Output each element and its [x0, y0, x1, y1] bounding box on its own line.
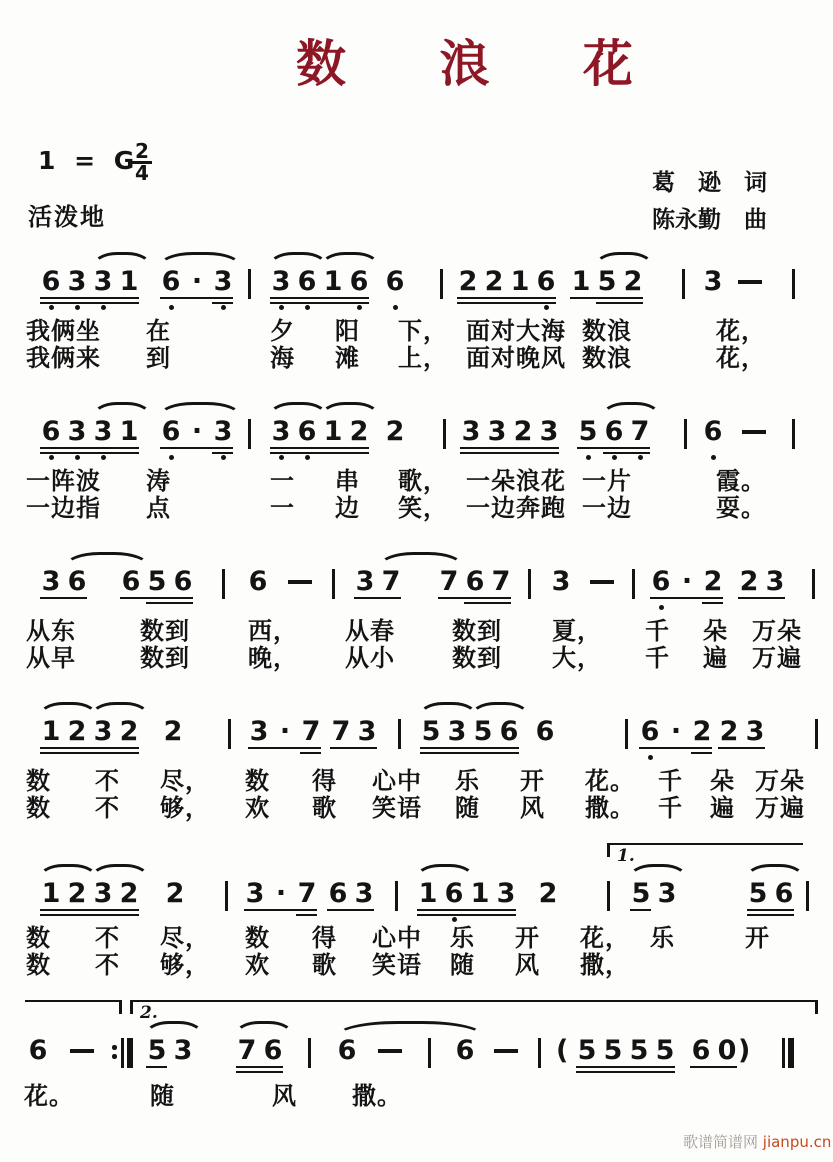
- beam-line: [40, 752, 139, 755]
- dash-note: [742, 430, 766, 434]
- lyric-text: 心中: [372, 768, 422, 794]
- beam-line: [270, 452, 369, 455]
- lyric-text: 够，: [160, 952, 210, 978]
- note-number: 7: [488, 568, 514, 595]
- lyric-text: 从春: [345, 618, 395, 644]
- lyric-text: 随: [455, 795, 480, 821]
- beam-line: [577, 447, 650, 450]
- barline: [395, 881, 398, 911]
- parenthesis: ): [738, 1036, 750, 1066]
- note-number: 7: [328, 718, 354, 745]
- slur-arc: [90, 864, 150, 879]
- lyric-text: 串: [335, 468, 360, 494]
- slur-arc: [144, 1021, 204, 1036]
- barline: [228, 719, 231, 749]
- note-number: ·: [674, 568, 700, 595]
- lyric-text: 笑，: [398, 495, 448, 521]
- lyric-text: 我俩坐: [26, 318, 101, 344]
- lyric-text: 歌: [312, 952, 337, 978]
- lyric-text: 涛: [146, 468, 171, 494]
- note-number: 7: [234, 1037, 260, 1064]
- note-number: 3: [700, 268, 726, 295]
- lyric-text: 一边奔跑: [466, 495, 566, 521]
- note-number: 2: [510, 418, 536, 445]
- beam-line: [40, 302, 139, 305]
- note-number: 6: [294, 268, 320, 295]
- octave-dot: [75, 455, 80, 460]
- note-number: 2: [382, 418, 408, 445]
- watermark: 歌谱简谱网 jianpu.cn: [683, 1131, 831, 1152]
- beam-line: [417, 909, 516, 912]
- lyric-text: 千: [658, 768, 683, 794]
- lyric-text: 不: [95, 795, 120, 821]
- slur-arc: [378, 552, 464, 567]
- note-number: 2: [64, 880, 90, 907]
- note-number: ·: [184, 268, 210, 295]
- lyric-text: 乐: [455, 768, 480, 794]
- note-number: 6: [637, 718, 663, 745]
- octave-dot: [357, 305, 362, 310]
- beam-line: [747, 914, 794, 917]
- lyric-text: 从东: [26, 618, 76, 644]
- note-number: 6: [260, 1037, 286, 1064]
- beam-line: [596, 302, 643, 305]
- lyric-text: 一边: [582, 495, 632, 521]
- lyric-text: 夕: [270, 318, 295, 344]
- note-number: 1: [38, 880, 64, 907]
- note-number: 3: [64, 268, 90, 295]
- dash-note: [738, 280, 762, 284]
- lyric-text: 风: [515, 952, 540, 978]
- octave-dot: [49, 305, 54, 310]
- lyric-text: 千: [645, 645, 670, 671]
- lyric-text: 数到: [452, 618, 502, 644]
- note-number: 6: [382, 268, 408, 295]
- note-number: 2: [116, 718, 142, 745]
- note-number: 6: [532, 718, 558, 745]
- beam-line: [460, 447, 559, 450]
- lyric-text: 不: [95, 925, 120, 951]
- note-number: 3: [246, 718, 272, 745]
- lyric-text: 遍: [703, 645, 728, 671]
- octave-dot: [393, 305, 398, 310]
- slur-arc: [745, 864, 805, 879]
- beam-line: [747, 909, 794, 912]
- octave-dot: [101, 305, 106, 310]
- beam-line: [460, 452, 559, 455]
- note-number: 3: [762, 568, 788, 595]
- lyric-text: 风: [520, 795, 545, 821]
- note-number: 3: [352, 568, 378, 595]
- barline: [440, 269, 443, 299]
- beam-line: [603, 452, 650, 455]
- lyric-text: 从小: [345, 645, 395, 671]
- note-number: 6: [462, 568, 488, 595]
- octave-dot: [221, 305, 226, 310]
- barline: [528, 569, 531, 599]
- lyric-text: 心中: [372, 925, 422, 951]
- volta-label: 2.: [140, 1005, 158, 1022]
- beam-line: [639, 747, 712, 750]
- note-number: 1: [415, 880, 441, 907]
- dash-note: [590, 580, 614, 584]
- beam-line: [438, 597, 511, 600]
- beam-line: [40, 747, 139, 750]
- note-number: 6: [25, 1037, 51, 1064]
- slur-arc: [336, 1021, 484, 1036]
- beam-line: [738, 597, 785, 600]
- beam-line: [420, 752, 519, 755]
- lyric-text: 不: [95, 768, 120, 794]
- note-number: 3: [742, 718, 768, 745]
- barline: [332, 569, 335, 599]
- beam-line: [270, 302, 369, 305]
- beam-line: [40, 452, 139, 455]
- repeat-barline: [127, 1038, 133, 1068]
- barline: [248, 419, 251, 449]
- beam-line: [690, 1066, 737, 1069]
- beam-line: [330, 747, 377, 750]
- beam-line: [457, 302, 556, 305]
- barline: [248, 269, 251, 299]
- note-number: 5: [628, 880, 654, 907]
- final-barline: [782, 1038, 785, 1068]
- beam-line: [576, 1071, 675, 1074]
- note-number: 3: [38, 568, 64, 595]
- lyric-text: 万朵: [752, 618, 802, 644]
- barline: [398, 719, 401, 749]
- note-number: 3: [268, 418, 294, 445]
- beam-line: [417, 914, 516, 917]
- lyric-text: 数浪: [582, 318, 632, 344]
- note-number: 5: [745, 880, 771, 907]
- note-number: 3: [64, 418, 90, 445]
- lyric-text: 一: [270, 468, 295, 494]
- octave-dot: [279, 455, 284, 460]
- note-number: 7: [436, 568, 462, 595]
- parenthesis: (: [556, 1036, 568, 1066]
- lyric-text: 一朵浪花: [466, 468, 566, 494]
- beam-line: [457, 297, 556, 300]
- slur-arc: [268, 402, 328, 417]
- lyric-text: 一: [270, 495, 295, 521]
- volta-bracket: [607, 843, 803, 845]
- lyric-text: 乐: [450, 925, 475, 951]
- slur-arc: [594, 252, 654, 267]
- beam-line: [248, 747, 321, 750]
- note-number: 1: [320, 268, 346, 295]
- lyric-text: 撒，: [580, 952, 630, 978]
- lyric-text: 下，: [398, 318, 448, 344]
- note-number: 2: [620, 268, 646, 295]
- lyric-text: 够，: [160, 795, 210, 821]
- dash-note: [288, 580, 312, 584]
- repeat-dot: [112, 1054, 117, 1059]
- lyric-text: 我俩来: [26, 345, 101, 371]
- lyric-text: 欢: [245, 795, 270, 821]
- barline: [792, 269, 795, 299]
- lyric-text: 风: [272, 1083, 297, 1109]
- note-number: 6: [601, 418, 627, 445]
- lyric-text: 数到: [140, 618, 190, 644]
- lyric-text: 数到: [140, 645, 190, 671]
- note-number: 6: [158, 418, 184, 445]
- note-number: 3: [210, 418, 236, 445]
- volta-bracket-tick: [130, 1000, 133, 1014]
- barline: [792, 419, 795, 449]
- barline: [684, 419, 687, 449]
- note-number: 3: [484, 418, 510, 445]
- barline: [812, 569, 815, 599]
- note-number: 3: [444, 718, 470, 745]
- beam-line: [327, 909, 374, 912]
- note-number: 6: [346, 268, 372, 295]
- lyric-text: 阳: [335, 318, 360, 344]
- note-number: 3: [536, 418, 562, 445]
- octave-dot: [305, 305, 310, 310]
- note-number: 7: [294, 880, 320, 907]
- note-number: 3: [90, 718, 116, 745]
- beam-line: [160, 297, 233, 300]
- note-number: 5: [470, 718, 496, 745]
- beam-line: [630, 909, 651, 912]
- slur-arc: [415, 864, 475, 879]
- lyric-text: 数: [245, 925, 270, 951]
- beam-line: [718, 747, 765, 750]
- octave-dot: [648, 755, 653, 760]
- beam-line: [212, 302, 233, 305]
- beam-line: [40, 909, 139, 912]
- note-number: 2: [535, 880, 561, 907]
- barline: [632, 569, 635, 599]
- lyric-text: 开: [515, 925, 540, 951]
- note-number: 5: [594, 268, 620, 295]
- final-barline: [788, 1038, 794, 1068]
- slur-arc: [38, 864, 98, 879]
- lyric-text: 撒。: [585, 795, 635, 821]
- lyric-text: 花，: [580, 925, 630, 951]
- slur-arc: [470, 702, 530, 717]
- barline: [682, 269, 685, 299]
- octave-dot: [305, 455, 310, 460]
- lyric-text: 一边指: [26, 495, 101, 521]
- beam-line: [40, 447, 139, 450]
- octave-dot: [101, 455, 106, 460]
- lyric-text: 万遍: [755, 795, 805, 821]
- note-number: 7: [298, 718, 324, 745]
- lyric-text: 数: [26, 768, 51, 794]
- volta-label: 1.: [617, 848, 635, 865]
- barline: [225, 881, 228, 911]
- octave-dot: [659, 605, 664, 610]
- beam-line: [420, 747, 519, 750]
- note-number: 0: [714, 1037, 740, 1064]
- lyric-text: 到: [146, 345, 171, 371]
- lyric-text: 笑语: [372, 795, 422, 821]
- note-number: 2: [689, 718, 715, 745]
- note-number: 6: [441, 880, 467, 907]
- lyric-text: 面对大海: [466, 318, 566, 344]
- octave-dot: [711, 455, 716, 460]
- lyric-text: 霞。: [716, 468, 766, 494]
- sheet-music-page: 数 浪 花 1 = G 2 4 活泼地 葛 逊 词 陈永勤 曲 63316·33…: [0, 0, 833, 1162]
- beam-line: [40, 914, 139, 917]
- lyric-text: 得: [312, 768, 337, 794]
- barline: [806, 881, 809, 911]
- lyric-text: 面对晚风: [466, 345, 566, 371]
- watermark-site-url: jianpu.cn: [763, 1133, 832, 1151]
- lyric-text: 数浪: [582, 345, 632, 371]
- note-number: 2: [736, 568, 762, 595]
- lyric-text: 开: [745, 925, 770, 951]
- note-number: 6: [38, 268, 64, 295]
- note-number: 1: [507, 268, 533, 295]
- note-number: 6: [771, 880, 797, 907]
- note-number: 2: [162, 880, 188, 907]
- lyric-text: 万遍: [752, 645, 802, 671]
- beam-line: [40, 597, 87, 600]
- lyric-text: 尽，: [160, 925, 210, 951]
- note-number: ·: [184, 418, 210, 445]
- lyric-text: 笑语: [372, 952, 422, 978]
- note-number: 2: [716, 718, 742, 745]
- lyric-text: 万朵: [755, 768, 805, 794]
- note-number: 3: [351, 880, 377, 907]
- volta-bracket-tick: [119, 1000, 122, 1014]
- lyric-text: 西，: [248, 618, 298, 644]
- note-number: 6: [648, 568, 674, 595]
- note-number: 6: [294, 418, 320, 445]
- note-number: 2: [64, 718, 90, 745]
- slur-arc: [158, 402, 242, 417]
- lyric-text: 海: [270, 345, 295, 371]
- octave-dot: [221, 455, 226, 460]
- lyric-text: 撒。: [352, 1083, 402, 1109]
- beam-line: [236, 1071, 283, 1074]
- octave-dot: [638, 455, 643, 460]
- note-number: 3: [458, 418, 484, 445]
- lyric-text: 开: [520, 768, 545, 794]
- note-number: 7: [378, 568, 404, 595]
- note-number: 7: [627, 418, 653, 445]
- note-number: 6: [452, 1037, 478, 1064]
- slur-arc: [601, 402, 661, 417]
- lyric-text: 千: [658, 795, 683, 821]
- note-number: 1: [467, 880, 493, 907]
- beam-line: [160, 447, 233, 450]
- beam-line: [146, 1066, 167, 1069]
- lyric-text: 朵: [703, 618, 728, 644]
- note-number: 6: [325, 880, 351, 907]
- note-number: 6: [245, 568, 271, 595]
- note-number: 3: [493, 880, 519, 907]
- octave-dot: [612, 455, 617, 460]
- note-number: 1: [38, 718, 64, 745]
- note-number: 6: [496, 718, 522, 745]
- octave-dot: [279, 305, 284, 310]
- note-number: 6: [700, 418, 726, 445]
- note-number: ·: [663, 718, 689, 745]
- lyric-text: 欢: [245, 952, 270, 978]
- note-number: 3: [90, 268, 116, 295]
- note-number: 2: [346, 418, 372, 445]
- barline: [222, 569, 225, 599]
- lyric-text: 乐: [650, 925, 675, 951]
- lyric-text: 随: [150, 1083, 175, 1109]
- lyric-text: 大，: [552, 645, 602, 671]
- volta-bracket: [25, 1000, 122, 1002]
- note-number: 5: [144, 568, 170, 595]
- note-number: 3: [654, 880, 680, 907]
- beam-line: [270, 297, 369, 300]
- note-number: 2: [455, 268, 481, 295]
- beam-line: [570, 297, 643, 300]
- note-number: 5: [418, 718, 444, 745]
- slur-arc: [234, 1021, 294, 1036]
- slur-arc: [320, 402, 380, 417]
- note-number: 2: [700, 568, 726, 595]
- lyric-text: 夏，: [552, 618, 602, 644]
- slur-arc: [92, 252, 152, 267]
- note-number: 3: [90, 880, 116, 907]
- lyric-text: 数: [26, 925, 51, 951]
- volta-bracket-tick: [607, 843, 610, 857]
- note-number: 6: [170, 568, 196, 595]
- lyric-text: 朵: [710, 768, 735, 794]
- slur-arc: [418, 702, 478, 717]
- beam-line: [244, 909, 317, 912]
- slur-arc: [158, 252, 242, 267]
- lyric-text: 数: [245, 768, 270, 794]
- beam-line: [464, 602, 511, 605]
- octave-dot: [75, 305, 80, 310]
- beam-line: [270, 447, 369, 450]
- lyric-text: 边: [335, 495, 360, 521]
- beam-line: [691, 752, 712, 755]
- note-number: 1: [116, 418, 142, 445]
- note-number: 3: [242, 880, 268, 907]
- repeat-barline: [121, 1038, 124, 1068]
- note-number: ·: [272, 718, 298, 745]
- repeat-dot: [112, 1045, 117, 1050]
- lyric-text: 耍。: [716, 495, 766, 521]
- lyric-text: 歌，: [398, 468, 448, 494]
- note-number: 3: [354, 718, 380, 745]
- lyric-text: 得: [312, 925, 337, 951]
- watermark-site-name: 歌谱简谱网: [683, 1133, 763, 1151]
- dash-note: [494, 1049, 518, 1053]
- lyric-text: 上，: [398, 345, 448, 371]
- lyric-text: 花，: [716, 345, 766, 371]
- note-number: 6: [533, 268, 559, 295]
- octave-dot: [49, 455, 54, 460]
- note-number: 3: [210, 268, 236, 295]
- lyric-text: 滩: [335, 345, 360, 371]
- octave-dot: [169, 455, 174, 460]
- lyric-text: 千: [645, 618, 670, 644]
- beam-line: [236, 1066, 283, 1069]
- note-number: 5: [144, 1037, 170, 1064]
- note-number: 2: [160, 718, 186, 745]
- beam-line: [40, 297, 139, 300]
- octave-dot: [544, 305, 549, 310]
- note-number: 3: [268, 268, 294, 295]
- beam-line: [120, 597, 193, 600]
- slur-arc: [628, 864, 688, 879]
- lyric-text: 一阵波: [26, 468, 101, 494]
- volta-bracket-tick: [815, 1000, 818, 1014]
- lyric-text: 花。: [24, 1083, 74, 1109]
